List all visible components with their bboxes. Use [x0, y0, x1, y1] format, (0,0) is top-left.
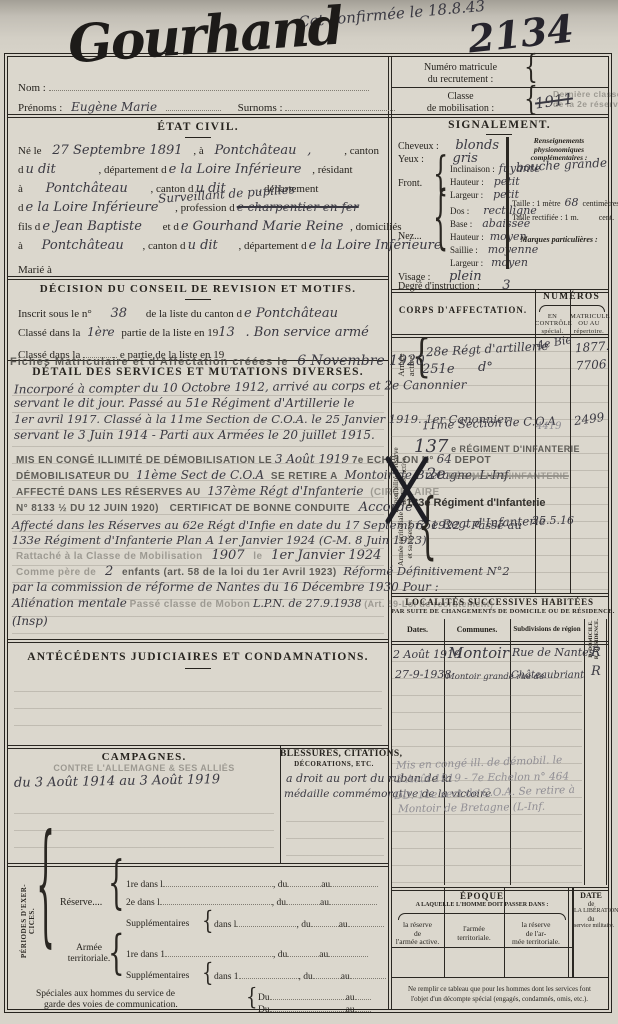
printed: au — [320, 898, 329, 908]
printed: d — [18, 202, 24, 214]
handwritten: 2 — [105, 564, 113, 579]
speciales-row-2: Duau — [258, 1000, 371, 1016]
brace: { — [202, 959, 213, 988]
matricule-header: MATRICULE OU AU répertoire. — [570, 313, 608, 335]
printed: , domiciliés — [350, 221, 401, 233]
regiment-2-row: 2e RÉGIMENT D'INFANTERIE — [426, 465, 569, 483]
numero-matricule-label-1: Numéro matricule — [403, 62, 518, 74]
nez-label: Nez... — [398, 231, 422, 243]
marie-line: Marié à — [18, 264, 52, 277]
printed: , département d — [98, 164, 166, 176]
printed: dans 1 — [214, 972, 239, 982]
matricule-value: 7706 — [576, 358, 607, 374]
l4: du — [574, 915, 608, 923]
handwritten: 1er Janvier 1924 — [271, 548, 381, 563]
label: Hauteur : — [450, 232, 484, 242]
printed: dans l — [214, 920, 236, 930]
handwritten: 27 Septembre 1891 — [52, 143, 182, 158]
printed: Inscrit sous le n° — [18, 308, 92, 320]
printed: , à — [193, 145, 203, 157]
pencil-note-4: Montoir de Bretagne (L-Inf. — [398, 801, 545, 816]
handwritten: 137ème Régt d'Infanterie — [207, 484, 363, 498]
stamp: Rattaché à la Classe de Mobilisation — [16, 551, 203, 562]
printed: d — [18, 164, 24, 176]
label: Inclinaison : — [450, 164, 495, 174]
blank-line — [163, 875, 273, 887]
printed: , du — [299, 972, 313, 982]
decision-line-1: Inscrit sous le n° 38 de la liste du can… — [18, 307, 338, 322]
blank-line — [270, 988, 346, 1000]
brace: { — [433, 176, 448, 257]
decision-title: DÉCISION DU CONSEIL DE REVISION ET MOTIF… — [8, 283, 388, 296]
front-hauteur: Hauteur :petit — [450, 176, 520, 189]
localites-title-1: LOCALITÉS SUCCESSIVES HABITÉES — [391, 597, 608, 607]
printed: à — [18, 183, 23, 195]
fiches-stamp-line: Fiches Matriculaire et d'Affectation cré… — [10, 353, 425, 369]
controle-value: 25.5.16 — [532, 515, 574, 528]
date-cell: 27-9-1938 — [395, 669, 451, 682]
epoque-col-2: l'armée territoriale. — [444, 925, 504, 942]
supplementaires-label: Supplémentaires — [126, 919, 189, 930]
territoriale-supp-row: dans 1, duau — [214, 967, 386, 983]
rattache-stamp: Rattaché à la Classe de Mobilisation 190… — [16, 549, 381, 564]
handwritten: 38 — [111, 306, 128, 321]
ruled-paper — [14, 675, 382, 741]
handwritten-crossed: e charpentier en fer — [237, 200, 359, 214]
campagnes-dates: du 3 Août 1914 au 3 Août 1919 — [14, 773, 220, 792]
supplementaires-label-2: Supplémentaires — [126, 971, 189, 982]
blank-line — [355, 988, 371, 1000]
printed: , canton d — [142, 240, 185, 252]
brace-ornament — [398, 913, 566, 920]
stamp: Comme père de — [16, 567, 96, 578]
firstname-line: Prénoms : Eugène Marie Surnoms : — [18, 99, 395, 115]
printed: au — [319, 950, 328, 960]
blank-line — [350, 967, 386, 979]
complementaires-value: bouche grande — [516, 157, 608, 176]
epoque-col-3: la réserve de l'ar- mée territoriale. — [504, 921, 568, 947]
label: Largeur : — [450, 190, 483, 200]
signalement-title: SIGNALEMENT. — [391, 119, 608, 132]
speciales-label-1: Spéciales aux hommes du service de — [36, 989, 175, 1000]
marques-label: Marques particulières : — [512, 235, 606, 244]
brace: { — [108, 851, 125, 917]
label-2: CICES. — [28, 875, 36, 967]
brace: { — [108, 927, 125, 981]
communes-header: Communes. — [444, 625, 510, 634]
rule — [391, 977, 608, 978]
stamp: e RÉGIMENT D'INFANTERIE — [451, 444, 580, 454]
blank-line — [165, 945, 273, 957]
l5: service militaire. — [574, 923, 608, 930]
printed: et d — [163, 221, 179, 233]
stamp: enfants (art. 58 de la loi du 1er Avril … — [122, 567, 337, 578]
printed: de la liste du canton d — [146, 308, 242, 320]
handwritten: e la Loire Inférieure — [26, 200, 159, 215]
classe-label-1: Classe — [403, 91, 518, 103]
blank-line — [355, 1000, 371, 1012]
table-line — [606, 619, 607, 885]
epoque-title-2: A LAQUELLE L'HOMME DOIT PASSER DANS : — [391, 902, 573, 909]
handwritten: u dit — [26, 162, 56, 177]
label: Dos : — [450, 206, 469, 216]
brace: { — [202, 907, 213, 936]
rule — [8, 863, 388, 867]
l3: LA LIBÉRATION — [574, 908, 608, 915]
corps-entry-ditto: d° — [478, 361, 493, 376]
decision-line-2: Classé dans la 1ère partie de la liste e… — [18, 326, 369, 341]
handwritten: e la Loire Inférieure — [309, 238, 442, 253]
handwritten: . Bon service armé — [246, 325, 369, 340]
handwritten: , — [307, 143, 311, 158]
label: Taille : 1 mètre — [512, 199, 561, 208]
printed: , du — [273, 950, 287, 960]
label: Saillie : — [450, 245, 478, 255]
printed: Du — [258, 1005, 270, 1015]
label-2: centimètres. — [583, 199, 618, 208]
front-label: Front. — [398, 178, 422, 190]
blank-line — [313, 967, 341, 979]
rule — [8, 639, 388, 643]
blank-line — [348, 915, 384, 927]
etat-civil-title: ÉTAT CIVIL. — [8, 121, 388, 134]
title-rule — [185, 137, 211, 138]
printed: , du — [272, 898, 286, 908]
printed: 1re dans l — [126, 880, 163, 890]
printed: au — [346, 1005, 355, 1015]
handwritten: L.P.N. de 27.9.1938 — [253, 597, 361, 610]
dates-header: Dates. — [391, 625, 444, 634]
rule — [391, 87, 608, 88]
scanned-document: Cct confirmée le 18.8.43 Gourhand 2134 N… — [0, 0, 618, 1024]
speciales-label-2: garde des voies de communication. — [44, 1000, 178, 1011]
printed: partie de la liste en 19 — [121, 327, 218, 339]
form-box: Nom : Prénoms : Eugène Marie Surnoms : N… — [7, 56, 609, 1010]
matricule-number-script: 2134 — [466, 7, 576, 62]
rule — [8, 114, 608, 118]
blank-line — [166, 99, 221, 111]
value: moyen — [491, 256, 528, 269]
name-line: Nom : — [18, 79, 369, 95]
table-line — [568, 887, 569, 977]
stamp: SE RETIRE A — [271, 471, 338, 482]
label: Taille rectifiée : 1 m. — [512, 213, 579, 222]
services-hw-7: par la commission de réforme de Nantes d… — [12, 581, 439, 595]
surnoms-label: Surnoms : — [238, 102, 283, 114]
printed: au — [339, 920, 348, 930]
label-1: Renseignements physionomiques — [534, 136, 584, 154]
subdivisions-header: Subdivisions de région — [510, 625, 584, 633]
yeux-label: Yeux : — [398, 154, 424, 165]
printed: au — [341, 972, 350, 982]
printed: fils d — [18, 221, 40, 233]
blank-line — [285, 99, 395, 111]
blank-line — [329, 893, 377, 905]
etat-line-5: fils de Jean Baptiste et de Gourhand Mar… — [18, 220, 401, 235]
handwritten: Pontchâteau — [214, 143, 296, 158]
printed: Classé dans la — [18, 327, 80, 339]
controle-header: EN CONTRÔLE spécial. — [535, 313, 570, 335]
divider-bar — [506, 137, 509, 269]
rule — [8, 276, 388, 280]
handwritten: 11ème Sect de C.O.A — [136, 468, 264, 482]
campagnes-stamp: CONTRE L'ALLEMAGNE & SES ALLIÉS — [8, 763, 280, 773]
l3: l'armée active. — [391, 938, 444, 947]
handwritten: e Jean Baptiste — [42, 219, 142, 234]
title-rule — [185, 299, 211, 300]
title-rule — [486, 134, 512, 135]
unit: cent. — [599, 213, 614, 222]
demob-stamp-4: N° 8133 ½ DU 12 JUIN 1920) CERTIFICAT DE… — [16, 501, 413, 516]
handwritten: Pontchâteau — [42, 238, 124, 253]
printed: , département d — [239, 240, 307, 252]
printed: , canton — [344, 145, 379, 157]
printed: à — [18, 240, 23, 252]
blank-line — [328, 945, 368, 957]
taille-rectifiee-line: Taille rectifiée : 1 m. cent. — [512, 213, 614, 222]
reserve-label: Réserve.... — [60, 897, 102, 909]
fiches-stamp: Fiches Matriculaire et d'Affectation cré… — [10, 356, 288, 368]
blank-line — [160, 893, 272, 905]
subdivision-cell: Châteaubriant — [511, 670, 584, 682]
blank-line — [286, 893, 320, 905]
printed: , résidant — [312, 164, 352, 176]
handwritten: 1ère — [87, 325, 115, 339]
fiches-stamp-date: 6 Novembre 1920 — [297, 353, 425, 369]
blank-line — [330, 875, 378, 887]
nez-largeur: Largeur :moyen — [450, 257, 528, 270]
value: moyenne — [488, 243, 538, 256]
ruled-paper — [286, 805, 384, 859]
taille-line: Taille : 1 mètre 68 centimètres. — [512, 197, 618, 210]
printed: , du — [296, 920, 310, 930]
label: Hauteur : — [450, 177, 484, 187]
h2: OU AU — [570, 320, 608, 327]
dr-cell: R — [591, 646, 601, 661]
printed: Né le — [18, 145, 42, 157]
h1: MATRICULE — [570, 313, 608, 320]
reserve-supp-row: dans l, duau — [214, 915, 384, 931]
h2: CONTRÔLE — [535, 320, 570, 327]
reserve-row-1: 1re dans l, duau — [126, 875, 378, 891]
stamp: MIS EN CONGÉ ILLIMITÉ DE DÉMOBILISATION … — [16, 455, 272, 466]
handwritten: u dit — [188, 238, 218, 253]
epoque-col-1: la réserve de l'armée active. — [391, 921, 444, 947]
l2: territoriale. — [444, 934, 504, 943]
subdivision-cell: Rue de Nantes — [512, 647, 594, 660]
marie-label: Marié à — [18, 264, 52, 276]
brace-ornament — [539, 305, 605, 312]
epoque-title-1: ÉPOQUE — [391, 891, 573, 901]
prenoms-label: Prénoms : — [18, 102, 62, 114]
services-hw-4: servant le 3 Juin 1914 - Parti aux Armée… — [14, 429, 375, 443]
demob-stamp-3: AFFECTÉ DANS LES RÉSERVES AU 137ème Régt… — [16, 485, 440, 499]
nez-saillie: Saillie :moyenne — [450, 244, 538, 257]
blank-line — [287, 945, 319, 957]
prenoms-value: Eugène Marie — [71, 100, 157, 114]
value: 68 — [565, 196, 579, 209]
handwritten: e la Loire Inférieure — [169, 162, 302, 177]
classe-stamp-2: de la 2e réserve — [553, 100, 618, 110]
classe-mobilisation-label: Classe de mobilisation : — [403, 91, 518, 114]
antecedents-title: ANTÉCÉDENTS JUDICIAIRES ET CONDAMNATIONS… — [8, 651, 388, 664]
nom-label: Nom : — [18, 82, 46, 94]
campagnes-title: CAMPAGNES. — [8, 751, 280, 764]
l3: mée territoriale. — [504, 938, 568, 947]
territoriale-row-1: 1re dans 1, duau — [126, 945, 368, 961]
handwritten: 3 Août 1919 — [275, 452, 349, 466]
services-hw-6: 133e Régiment d'Infanterie Plan A 1er Ja… — [12, 534, 427, 547]
stamp: le — [253, 551, 262, 562]
epoque-note-1: Ne remplir ce tableau que pour les homme… — [391, 985, 608, 993]
handwritten: 13 — [218, 325, 235, 340]
etat-line-6: à Pontchâteau , canton du dit , départem… — [18, 239, 442, 254]
handwritten: 1907 — [211, 548, 244, 563]
brace: { — [246, 984, 257, 1011]
blank-line — [270, 1000, 346, 1012]
classe-stamp: Dernière classe de la 2e réserve — [553, 90, 618, 110]
handwritten: Pontchâteau — [46, 181, 128, 196]
label: Base : — [450, 219, 472, 229]
matricule-value: 1877. — [575, 340, 610, 356]
blessures-title-2: DÉCORATIONS, ETC. — [280, 760, 388, 768]
reserve-row-2: 2e dans l, duau — [126, 893, 377, 909]
printed: , du — [273, 880, 287, 890]
etat-line-1: Né le 27 Septembre 1891 , à Pontchâteau … — [18, 144, 379, 159]
numero-matricule-label-2: du recrutement : — [403, 74, 518, 86]
handwritten: e Pontchâteau — [244, 306, 338, 321]
handwritten: e Gourhand Marie Reine — [181, 219, 344, 234]
numeros-title: NUMÉROS — [535, 292, 608, 303]
blank-line — [49, 79, 369, 91]
blank-line — [239, 967, 299, 979]
stamp: RÉGIMENT D'INFANTERIE — [448, 471, 569, 481]
commune-cell: Montoir — [448, 645, 509, 662]
label-1: PÉRIODES D'EXER- — [20, 875, 28, 967]
numero-matricule-label: Numéro matricule du recrutement : — [403, 62, 518, 85]
l1: DATE — [574, 891, 608, 900]
handwritten: Aliénation mentale — [12, 596, 127, 610]
dr-cell: R — [591, 665, 601, 680]
etat-line-2: du dit , département de la Loire Inférie… — [18, 163, 353, 178]
printed: 1re dans 1 — [126, 950, 165, 960]
stamp: N° 8133 ½ DU 12 JUIN 1920) — [16, 503, 159, 514]
brace: { — [36, 810, 55, 964]
regiment-137-row: 137 e RÉGIMENT D'INFANTERIE — [414, 437, 580, 458]
epoque-note-2: l'objet d'un décompte spécial (engagés, … — [391, 995, 608, 1003]
title-rule — [185, 668, 211, 669]
date-liberation-col: DATE de LA LIBÉRATION du service militai… — [574, 891, 608, 930]
stamp: AFFECTÉ DANS LES RÉSERVES AU — [16, 487, 201, 498]
rule — [391, 947, 572, 948]
stamp: DÉMOBILISATEUR DU — [16, 471, 129, 482]
label: Largeur : — [450, 258, 483, 268]
printed: 2e dans l — [126, 898, 160, 908]
periodes-side-label: PÉRIODES D'EXER- CICES. — [20, 875, 36, 967]
stamp: CERTIFICAT DE BONNE CONDUITE — [170, 503, 350, 514]
services-hw-8: (Insp) — [12, 615, 48, 629]
services-hw-2: servant le dit jour. Passé au 51e Régime… — [14, 397, 354, 411]
blank-line — [311, 915, 339, 927]
blessures-title-1: BLESSURES, CITATIONS, — [280, 749, 388, 760]
stamp: Passé classe de Mobon — [130, 599, 251, 610]
cross-out-x-mark — [384, 453, 430, 527]
blank-line — [287, 875, 321, 887]
corps-entry: 251e — [422, 363, 455, 378]
localites-title-2: PAR SUITE DE CHANGEMENTS DE DOMICILE OU … — [391, 608, 608, 615]
controle-value: 4419 — [536, 421, 561, 433]
blank-line — [236, 915, 296, 927]
corps-title: CORPS D'AFFECTATION. — [391, 305, 535, 315]
printed: au — [321, 880, 330, 890]
classe-label-2: de mobilisation : — [403, 103, 518, 115]
